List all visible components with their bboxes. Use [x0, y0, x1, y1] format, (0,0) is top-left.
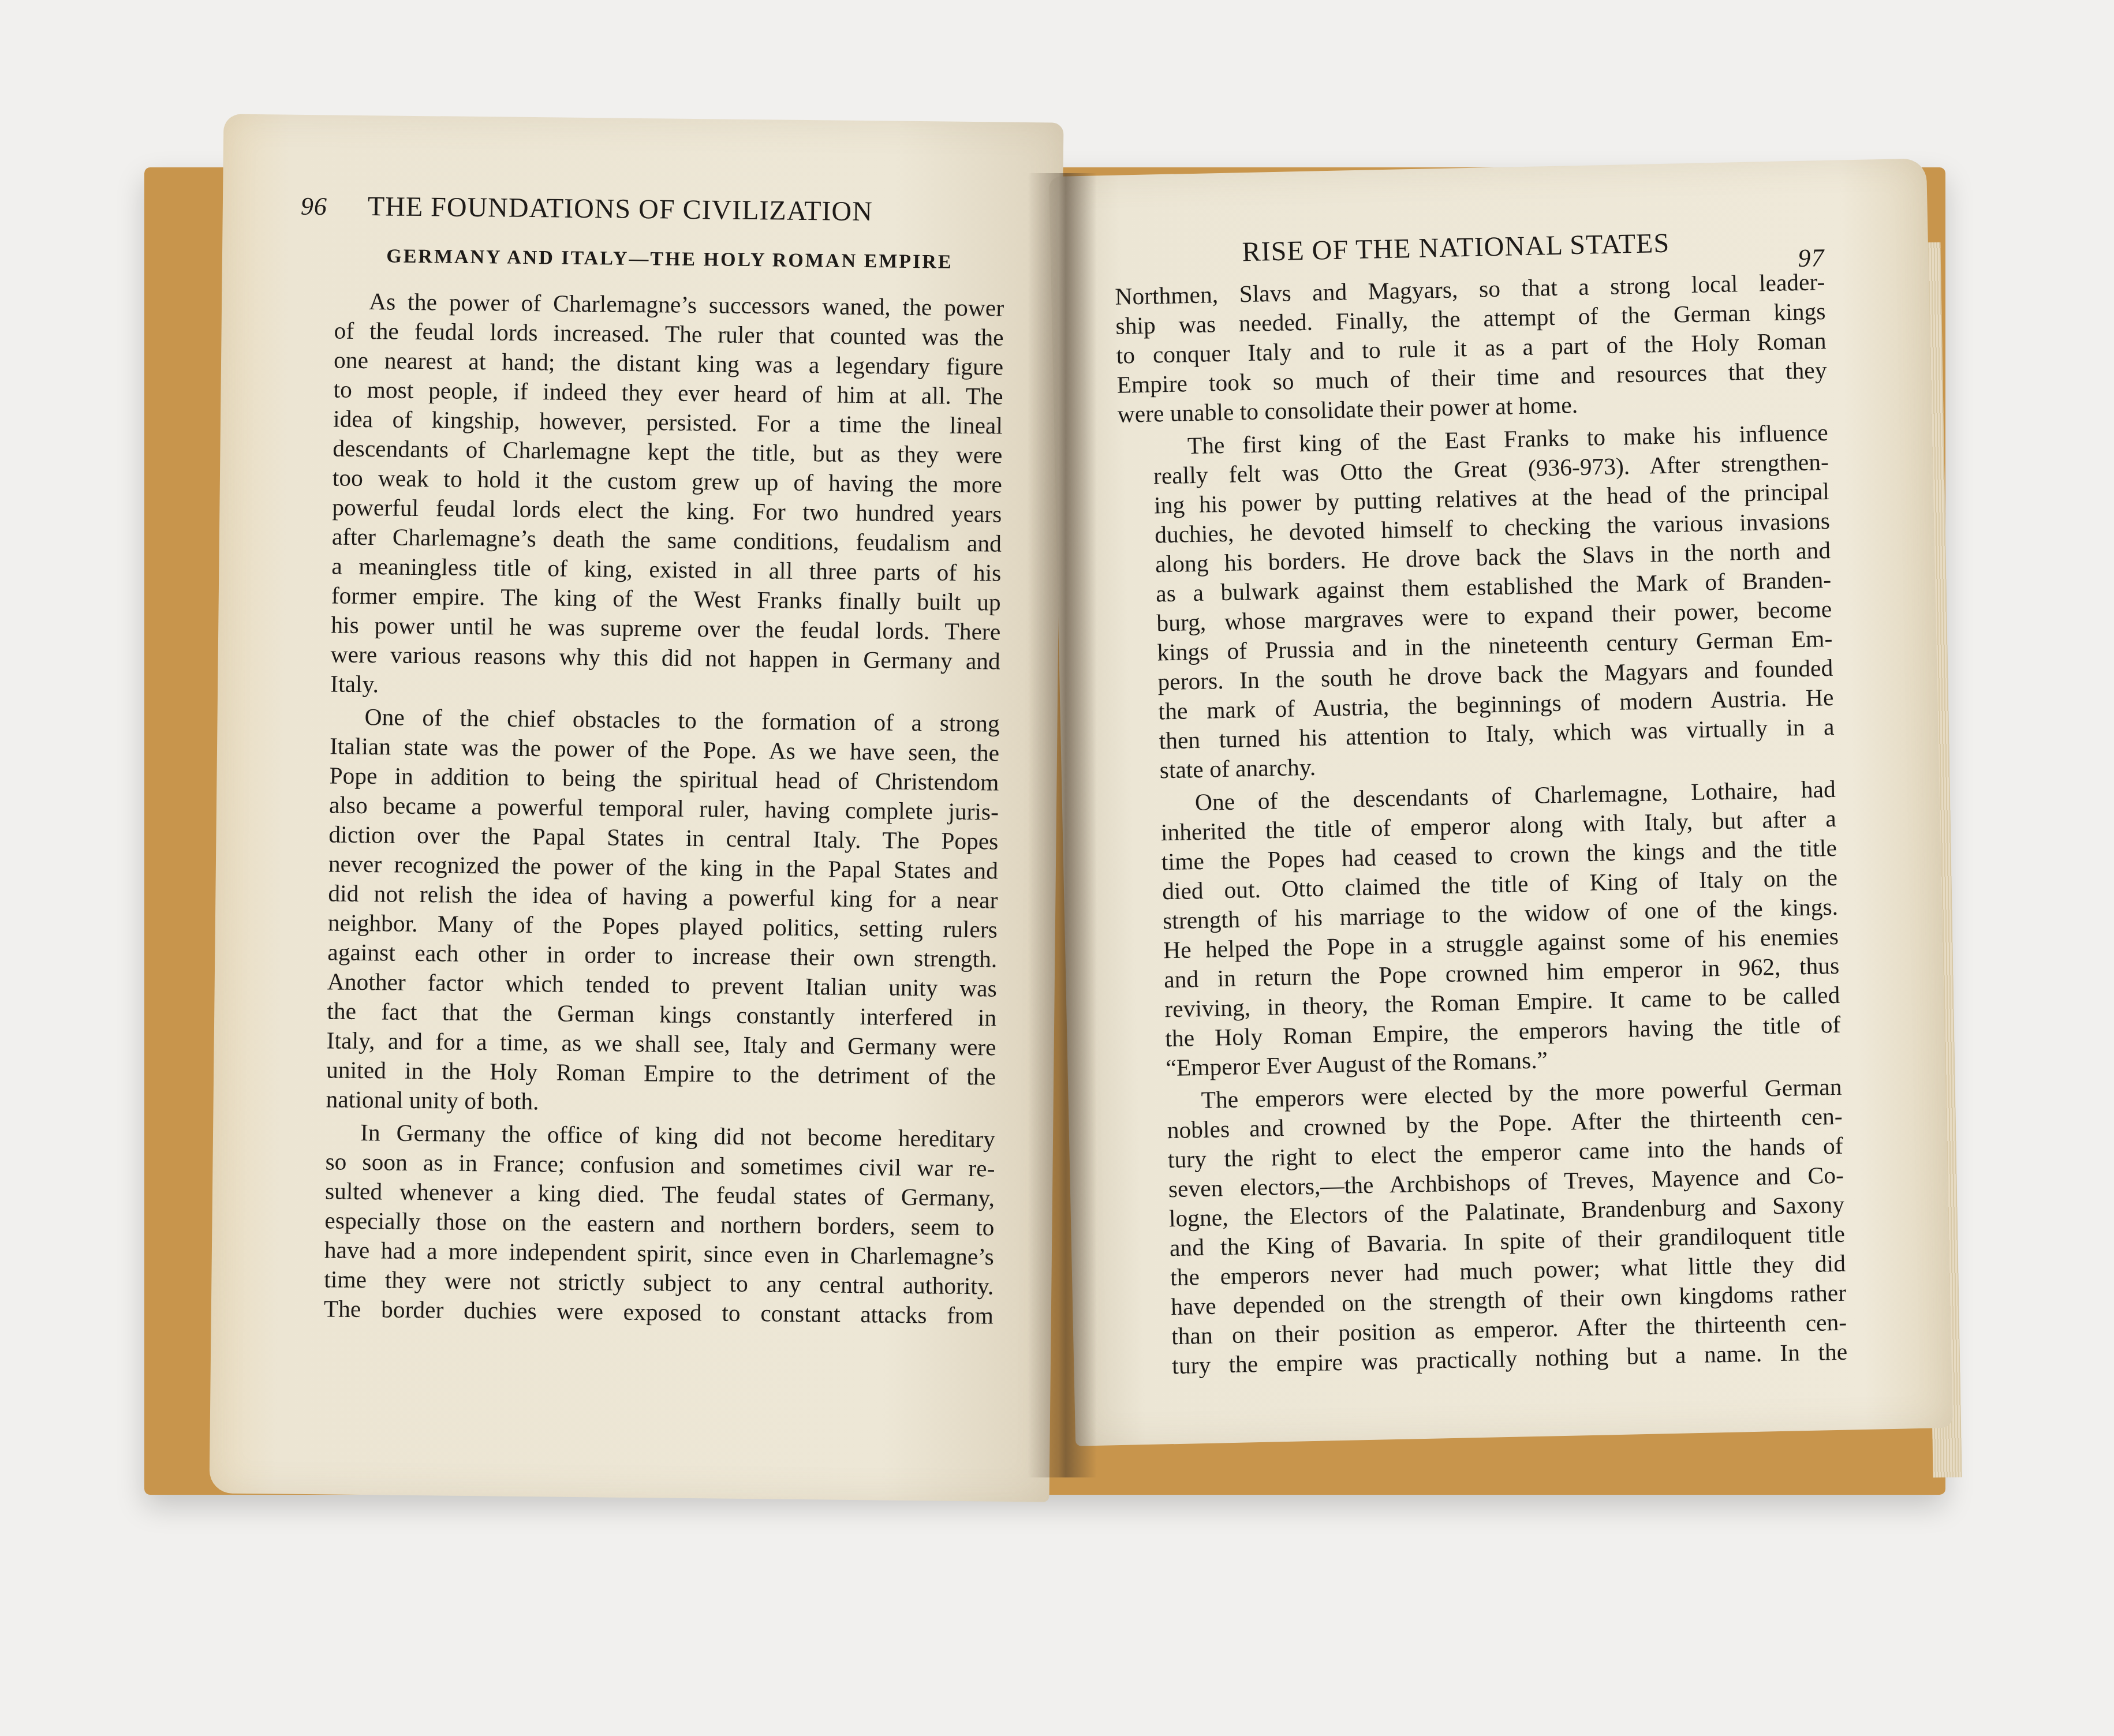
- paragraph: In Germany the office of king did not be…: [289, 1117, 996, 1331]
- right-page-text: RISE OF THE NATIONAL STATES 97 Northmen,…: [1114, 224, 1847, 1381]
- left-page-text: 96 THE FOUNDATIONS OF CIVILIZATION GERMA…: [289, 190, 1005, 1331]
- running-head-title: THE FOUNDATIONS OF CIVILIZATION: [368, 190, 873, 227]
- paragraph: Northmen, Slavs and Magyars, so that a s…: [1115, 267, 1828, 429]
- paragraph: The emperors were elected by the more po…: [1131, 1072, 1847, 1382]
- running-head-title: RISE OF THE NATIONAL STATES: [1114, 225, 1798, 271]
- paragraph: As the power of Charlemagne’s successors…: [296, 286, 1004, 706]
- book-spine-gutter: [1028, 173, 1097, 1477]
- left-page: 96 THE FOUNDATIONS OF CIVILIZATION GERMA…: [210, 114, 1064, 1502]
- paragraph: The first king of the East Franks to mak…: [1118, 418, 1835, 786]
- page-number: 97: [1798, 243, 1825, 273]
- section-heading: GERMANY AND ITALY—THE HOLY ROMAN EMPIRE: [300, 245, 1004, 274]
- right-running-head: RISE OF THE NATIONAL STATES 97: [1114, 224, 1824, 271]
- page-number: 96: [301, 192, 328, 221]
- right-page: RISE OF THE NATIONAL STATES 97 Northmen,…: [1049, 158, 1953, 1446]
- right-paragraphs: Northmen, Slavs and Magyars, so that a s…: [1115, 267, 1848, 1381]
- paragraph: One of the chief obstacles to the format…: [291, 702, 999, 1121]
- left-paragraphs: As the power of Charlemagne’s successors…: [289, 286, 1004, 1331]
- left-running-head: 96 THE FOUNDATIONS OF CIVILIZATION: [301, 190, 1006, 229]
- paragraph: One of the descendants of Charlemagne, L…: [1125, 775, 1841, 1084]
